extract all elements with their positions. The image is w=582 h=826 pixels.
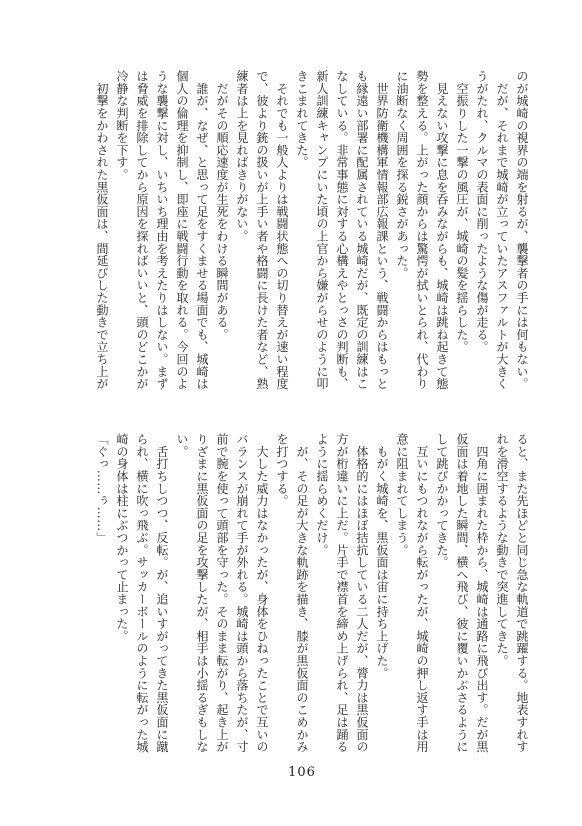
text-column: 互いにもつれながら転がったが、城崎の押し返す手は用 [412,433,432,755]
text-column: だが、それまで城崎が立っていたアスファルトが大きく [492,70,512,392]
text-column: 体格的にはほぼ拮抗している二人だが、膂力は黒仮面の [352,433,372,755]
upper-text-block: のが城崎の視界の端を射るが、襲撃者の手には何もない。 だが、それまで城崎が立って… [92,70,532,392]
text-column: うがたれ、クルマの表面に削ったような傷が走る。 [472,70,492,392]
text-column: バランスが崩れて手が外れる。城崎は頭から落ちたが、寸 [232,433,252,755]
text-column: で、彼より銃の扱いが上手い者や格闘に長けた者など、熟 [252,70,272,392]
text-column: い。 [172,433,192,755]
text-column: 舌打ちしつつ、反転。が、追いすがってきた黒仮面に蹴 [152,433,172,755]
text-column: きこまれてきた。 [292,70,312,392]
text-column: だがその順応速度が生死をわける瞬間がある。 [212,70,232,392]
text-column: を打つする。 [272,433,292,755]
text-column: 世界防衛機構軍情報部広報課という、戦闘からはもっと [372,70,392,392]
page-footer: 106 [0,761,582,780]
text-column: 見えない攻撃に息を呑みながらも、城崎は跳ね起きて態 [432,70,452,392]
text-column: 意に阻まれてしまう。 [392,433,412,755]
text-column: ると、また先ほどと同じ急な軌道で跳躍する。地表すれす [512,433,532,755]
text-column: 空振りした一撃の風圧が、城崎の髪を揺らした。 [452,70,472,392]
text-column: 方が桁違いに上だ。片手で襟首を締め上げられ、足は踊る [332,433,352,755]
lower-text-block: ると、また先ほどと同じ急な軌道で跳躍する。地表すれすれを滑空するような動きで突進… [92,433,532,755]
text-column: 個人の倫理を抑制し、即座に戦闘行動を取れる。今回のよ [172,70,192,392]
text-column: なしている。非常事態に対する心構えやとっさの判断も、 [332,70,352,392]
text-column: に油断なく周囲を探る鋭さがあった。 [392,70,412,392]
text-column: 新人訓練キャンプにいた頃の上官から嫌がらせのように叩 [312,70,332,392]
text-column: れを滑空するような動きで突進してきた。 [492,433,512,755]
text-column: りざまに黒仮面の足を攻撃したが、相手は小揺るぎもしな [192,433,212,755]
text-column: が、その足が大きな軌跡を描き、膝が黒仮面のこめかみ [292,433,312,755]
text-column: のが城崎の視界の端を射るが、襲撃者の手には何もない。 [512,70,532,392]
text-column: られ、横に吹っ飛ぶ。サッカーボールのように転がった城 [132,433,152,755]
text-column: 大した威力はなかったが、身体をひねったことで互いの [252,433,272,755]
text-column: 「ぐっ……ぅ……」 [92,433,112,755]
text-column: 崎の身体は柱にぶつかって止まった。 [112,433,132,755]
text-column: ように揺らめくだけ。 [312,433,332,755]
book-page: のが城崎の視界の端を射るが、襲撃者の手には何もない。 だが、それまで城崎が立って… [0,0,582,826]
text-column: 冷静な判断を下す。 [112,70,132,392]
text-column: 初撃をかわされた黒仮面は、間延びした動きで立ち上が [92,70,112,392]
text-column: は脅威を排除してから原因を探ればいいと、頭のどこかが [132,70,152,392]
text-column: 仮面は着地した瞬間、横へ飛び、彼に覆いかぶさるように [452,433,472,755]
text-column: もがく城崎を、黒仮面は宙に持ち上げた。 [372,433,392,755]
text-column: 練者は上を見ればきりがない。 [232,70,252,392]
page-number: 106 [288,765,316,780]
text-column: それでも一般人よりは戦闘状態への切り替えが速い程度 [272,70,292,392]
text-column: 四角に囲まれた枠から、城崎は通路に飛び出す。だが黒 [472,433,492,755]
text-column: 誰が、なぜ、と思って足をすくませる場面でも、城崎は [192,70,212,392]
text-column: 前で腕を使って頭部を守った。そのまま転がり、起き上が [212,433,232,755]
text-column: うな襲撃に対し、いちいち理由を考えたりはしない。まず [152,70,172,392]
text-column: して跳びかかってきた。 [432,433,452,755]
text-column: 勢を整える。上がった顔からは驚愕が拭いとられ、代わり [412,70,432,392]
text-column: も縁遠い部署に配属されている城崎だが、既定の訓練はこ [352,70,372,392]
